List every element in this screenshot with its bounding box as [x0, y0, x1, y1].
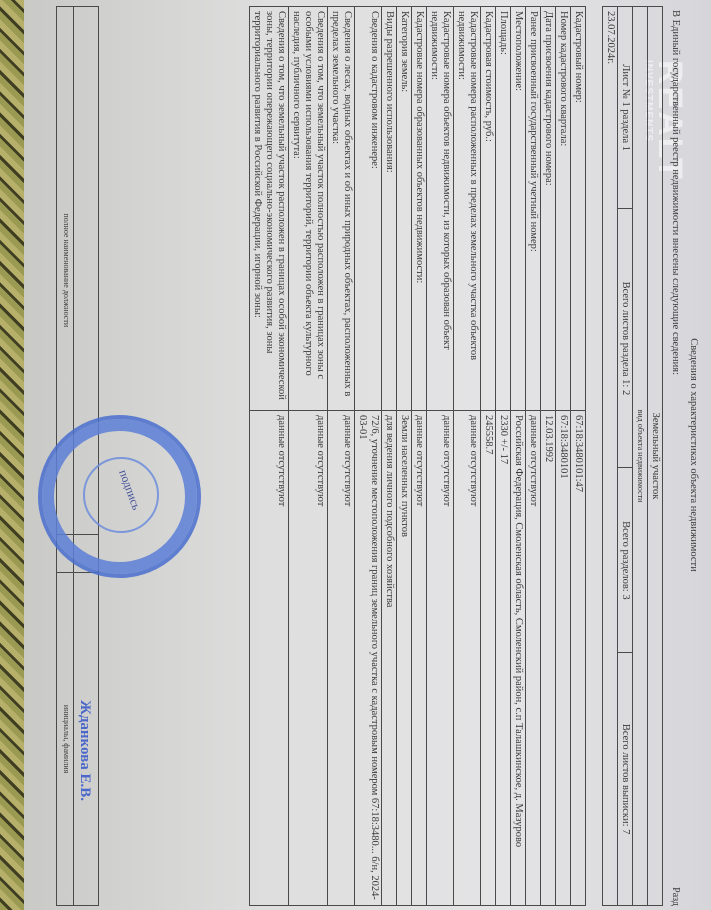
table-row: Кадастровые номера образованных объектов…: [412, 7, 427, 906]
table-row: Ранее присвоенный государственный учетны…: [526, 7, 541, 906]
row-value: данные отсутствуют: [250, 411, 289, 906]
row-label: Площадь:: [496, 7, 511, 411]
rotated-document: REALTINVESTMENTS Сведения о характеристи…: [24, 0, 711, 910]
row-value: данные отсутствуют: [289, 411, 328, 906]
row-value: 67:18:3480101:47: [571, 411, 586, 906]
table-row: Категория земель:Земли населенных пункто…: [397, 7, 412, 906]
row-label: Кадастровые номера расположенных в преде…: [454, 7, 481, 411]
sheets-in-section: Всего листов раздела 1: 2: [618, 209, 633, 468]
row-value: Земли населенных пунктов: [397, 411, 412, 906]
row-value: 67:18:3480101: [556, 411, 571, 906]
row-value: 72/6, уточнение местоположения границ зе…: [355, 411, 382, 906]
date-header: 23.07.2024г.: [603, 7, 618, 906]
row-label: Сведения о том, что земельный участок ра…: [250, 7, 289, 411]
row-label: Виды разрешенного использования:: [382, 7, 397, 411]
document-title: Сведения о характеристиках объекта недви…: [688, 0, 699, 910]
table-row: Кадастровая стоимость, руб.:245558.7: [481, 7, 496, 906]
row-label: Сведения о лесах, водных объектах и об и…: [328, 7, 355, 411]
row-label: Сведения о том, что земельный участок по…: [289, 7, 328, 411]
official-stamp: подпись: [38, 415, 201, 578]
sections-total: Всего разделов: 3: [618, 468, 633, 653]
header-table: Земельный участок вид объекта недвижимос…: [602, 6, 663, 906]
row-value: данные отсутствуют: [454, 411, 481, 906]
table-row: Дата присвоения кадастрового номера:12.0…: [541, 7, 556, 906]
row-value: данные отсутствуют: [526, 411, 541, 906]
table-row: Местоположение:Российская Федерация, Смо…: [511, 7, 526, 906]
initials-caption: инициалы, фамилия: [57, 573, 74, 906]
row-label: Кадастровые номера объектов недвижимости…: [427, 7, 454, 411]
row-label: Кадастровый номер:: [571, 7, 586, 411]
row-value: 2330 +/- 17: [496, 411, 511, 906]
row-label: Кадастровая стоимость, руб.:: [481, 7, 496, 411]
table-row: Площадь:2330 +/- 17: [496, 7, 511, 906]
row-value: 12.03.1992: [541, 411, 556, 906]
row-label: Кадастровые номера образованных объектов…: [412, 7, 427, 411]
row-value: 245558.7: [481, 411, 496, 906]
table-row: Сведения о том, что земельный участок ра…: [250, 7, 289, 906]
section-corner-label: Разд: [670, 887, 681, 906]
object-kind-caption: вид объекта недвижимости: [633, 7, 648, 906]
table-row: Кадастровые номера объектов недвижимости…: [427, 7, 454, 906]
signer-name: Жданкова Е.В.: [76, 700, 93, 801]
row-label: Ранее присвоенный государственный учетны…: [526, 7, 541, 411]
table-row: Виды разрешенного использования:для веде…: [382, 7, 397, 906]
row-label: Сведения о кадастровом инженере:: [355, 7, 382, 411]
row-value: данные отсутствуют: [427, 411, 454, 906]
table-row: Сведения о лесах, водных объектах и об и…: [328, 7, 355, 906]
row-value: данные отсутствуют: [328, 411, 355, 906]
document-intro: В Единый государственный реестр недвижим…: [670, 10, 681, 375]
row-label: Номер кадастрового квартала:: [556, 7, 571, 411]
row-label: Дата присвоения кадастрового номера:: [541, 7, 556, 411]
table-row: Сведения о кадастровом инженере:72/6, ут…: [355, 7, 382, 906]
sheets-total: Всего листов выписки: 7: [618, 653, 633, 906]
row-label: Местоположение:: [511, 7, 526, 411]
stamp-emblem: [83, 457, 159, 533]
object-kind: Земельный участок: [648, 7, 663, 906]
row-value: для ведения личного подсобного хозяйства: [382, 411, 397, 906]
table-row: Кадастровый номер:67:18:3480101:47: [571, 7, 586, 906]
row-label: Категория земель:: [397, 7, 412, 411]
row-value: Российская Федерация, Смоленская область…: [511, 411, 526, 906]
table-row: Номер кадастрового квартала:67:18:348010…: [556, 7, 571, 906]
table-row: Сведения о том, что земельный участок по…: [289, 7, 328, 906]
table-row: Кадастровые номера расположенных в преде…: [454, 7, 481, 906]
row-value: данные отсутствуют: [412, 411, 427, 906]
sheet-number: Лист № 1 раздела 1: [618, 7, 633, 209]
characteristics-table: Кадастровый номер:67:18:3480101:47Номер …: [249, 6, 586, 906]
